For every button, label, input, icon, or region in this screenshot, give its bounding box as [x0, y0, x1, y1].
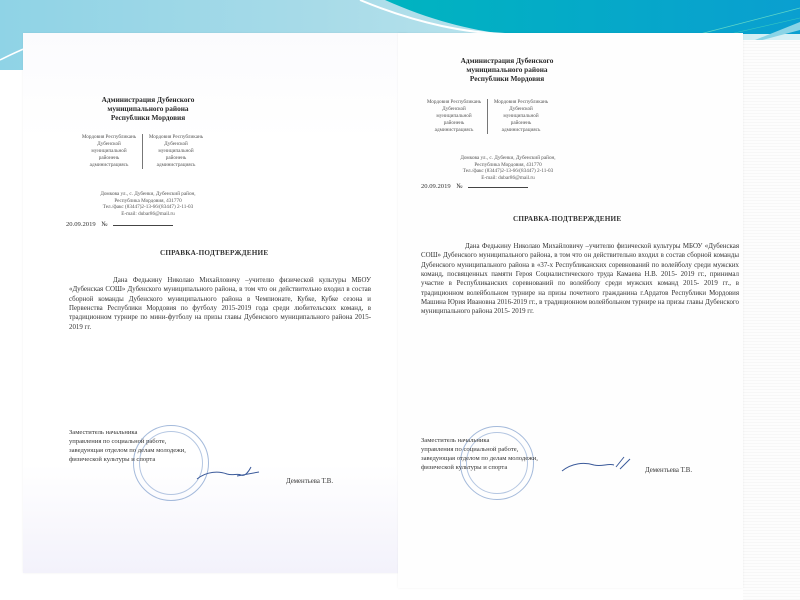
text-line: управления по социальной работе, — [421, 445, 538, 454]
text-line: Дубенской — [492, 106, 550, 113]
text-line: муниципальной — [80, 148, 138, 155]
text-line: муниципальной — [147, 148, 205, 155]
date-line: 20.09.2019 № — [66, 221, 173, 228]
org-header-line: муниципального района — [83, 104, 213, 113]
document-scan-volleyball: Администрация Дубенского муниципального … — [398, 33, 743, 588]
org-header-line: Республики Мордовия — [83, 113, 213, 122]
text-line: Дубенской — [147, 141, 205, 148]
header-divider — [487, 99, 488, 134]
bilingual-header: Мордовия Республикань Дубенской муниципа… — [80, 134, 205, 169]
email-line: E-mail: dubar86@mail.ru — [78, 211, 218, 218]
document-body: Дана Федькину Николаю Михайловичу –учите… — [69, 276, 371, 332]
document-title: СПРАВКА-ПОДТВЕРЖДЕНИЕ — [160, 249, 268, 257]
document-date: 20.09.2019 — [66, 221, 96, 228]
signatory-name: Дементьева Т.В. — [645, 467, 692, 474]
signatory-position: Заместитель начальника управления по соц… — [69, 428, 186, 464]
text-line: Мордовия Республикань — [492, 99, 550, 106]
signatory-name: Дементьева Т.В. — [286, 478, 333, 485]
signature — [558, 453, 638, 477]
bilingual-left: Мордовия Республикань Дубенской муниципа… — [80, 134, 138, 169]
number-blank — [113, 225, 173, 226]
text-line: районень — [147, 155, 205, 162]
org-address: Домкова ул., с. Дубенки, Дубенский район… — [78, 191, 218, 217]
number-blank — [468, 187, 528, 188]
text-line: администрациясь — [425, 127, 483, 134]
org-header-line: Администрация Дубенского — [83, 95, 213, 104]
org-address: Домкова ул., с. Дубенки, Дубенский район… — [438, 155, 578, 181]
text-line: администрациясь — [80, 162, 138, 169]
text-line: физической культуры и спорта — [69, 455, 186, 464]
text-line: районень — [80, 155, 138, 162]
org-header-line: муниципального района — [442, 65, 572, 74]
text-line: Дубенской — [80, 141, 138, 148]
bilingual-right: Мордовия Республикань Дубенской муниципа… — [147, 134, 205, 169]
signature — [193, 463, 263, 485]
text-line: администрациясь — [147, 162, 205, 169]
text-line: Мордовия Республикань — [80, 134, 138, 141]
bilingual-left: Мордовия Республикань Дубенской муниципа… — [425, 99, 483, 134]
text-line: муниципальной — [425, 113, 483, 120]
text-line: районень — [492, 120, 550, 127]
text-line: Мордовия Республикань — [425, 99, 483, 106]
document-date: 20.09.2019 — [421, 183, 451, 190]
number-label: № — [456, 183, 462, 190]
bilingual-header: Мордовия Республикань Дубенской муниципа… — [425, 99, 550, 134]
text-line: Дубенской — [425, 106, 483, 113]
email-line: E-mail: dubar86@mail.ru — [438, 175, 578, 182]
text-line: заведующая отделом по делам молодежи, — [69, 446, 186, 455]
date-line: 20.09.2019 № — [421, 183, 528, 190]
text-line: Мордовия Республикань — [147, 134, 205, 141]
org-header-line: Администрация Дубенского — [442, 56, 572, 65]
document-scan-football: Администрация Дубенского муниципального … — [23, 33, 407, 573]
number-label: № — [101, 221, 107, 228]
text-line: Заместитель начальника — [69, 428, 186, 437]
header-divider — [142, 134, 143, 169]
text-line: Заместитель начальника — [421, 436, 538, 445]
document-title: СПРАВКА-ПОДТВЕРЖДЕНИЕ — [513, 215, 621, 223]
org-header: Администрация Дубенского муниципального … — [83, 95, 213, 122]
text-line: муниципальной — [492, 113, 550, 120]
text-line: управления по социальной работе, — [69, 437, 186, 446]
org-header: Администрация Дубенского муниципального … — [442, 56, 572, 83]
text-line: администрациясь — [492, 127, 550, 134]
bilingual-right: Мордовия Республикань Дубенской муниципа… — [492, 99, 550, 134]
text-line: районень — [425, 120, 483, 127]
signatory-position: Заместитель начальника управления по соц… — [421, 436, 538, 472]
text-line: физической культуры и спорта — [421, 463, 538, 472]
text-line: заведующая отделом по делам молодежи, — [421, 454, 538, 463]
document-body: Дана Федькину Николаю Михайловичу –учите… — [421, 242, 739, 317]
org-header-line: Республики Мордовия — [442, 74, 572, 83]
background-strip — [743, 40, 800, 600]
